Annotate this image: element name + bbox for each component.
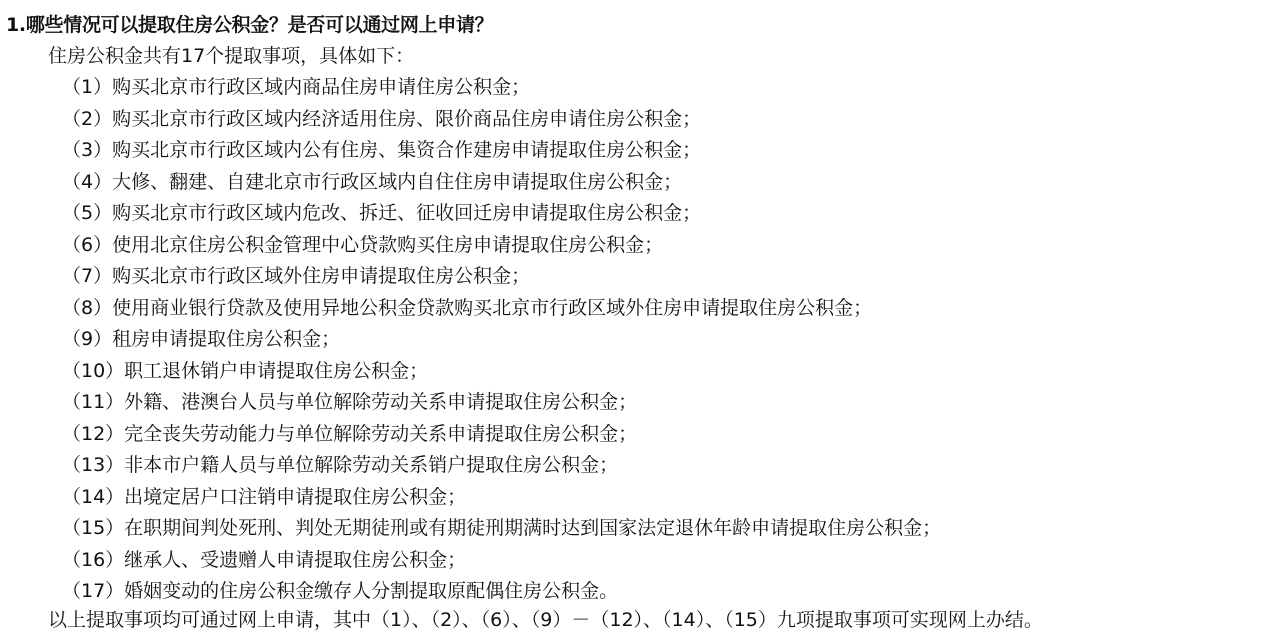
list-item: （16）继承人、受遗赠人申请提取住房公积金； (62, 545, 941, 577)
list-item: （17）婚姻变动的住房公积金缴存人分割提取原配偶住房公积金。 (62, 576, 941, 608)
list-item: （10）职工退休销户申请提取住房公积金； (62, 356, 941, 388)
list-item: （6）使用北京住房公积金管理中心贷款购买住房申请提取住房公积金； (62, 230, 941, 262)
list-item: （15）在职期间判处死刑、判处无期徒刑或有期徒刑期满时达到国家法定退休年龄申请提… (62, 513, 941, 545)
list-item: （4）大修、翻建、自建北京市行政区域内自住住房申请提取住房公积金； (62, 167, 941, 199)
list-item: （11）外籍、港澳台人员与单位解除劳动关系申请提取住房公积金； (62, 387, 941, 419)
intro-text: 住房公积金共有17个提取事项，具体如下： (48, 42, 414, 70)
list-item: （5）购买北京市行政区域内危改、拆迁、征收回迁房申请提取住房公积金； (62, 198, 941, 230)
question-title: 1.哪些情况可以提取住房公积金？是否可以通过网上申请？ (6, 11, 493, 39)
list-item: （7）购买北京市行政区域外住房申请提取住房公积金； (62, 261, 941, 293)
list-item: （14）出境定居户口注销申请提取住房公积金； (62, 482, 941, 514)
list-item: （3）购买北京市行政区域内公有住房、集资合作建房申请提取住房公积金； (62, 135, 941, 167)
summary-text: 以上提取事项均可通过网上申请，其中（1）、（2）、（6）、（9）－（12）、（1… (48, 606, 1043, 634)
list-item: （8）使用商业银行贷款及使用异地公积金贷款购买北京市行政区域外住房申请提取住房公… (62, 293, 941, 325)
list-item: （12）完全丧失劳动能力与单位解除劳动关系申请提取住房公积金； (62, 419, 941, 451)
list-item: （1）购买北京市行政区域内商品住房申请住房公积金； (62, 72, 941, 104)
withdrawal-items-list: （1）购买北京市行政区域内商品住房申请住房公积金； （2）购买北京市行政区域内经… (62, 72, 941, 608)
list-item: （13）非本市户籍人员与单位解除劳动关系销户提取住房公积金； (62, 450, 941, 482)
list-item: （9）租房申请提取住房公积金； (62, 324, 941, 356)
list-item: （2）购买北京市行政区域内经济适用住房、限价商品住房申请住房公积金； (62, 104, 941, 136)
